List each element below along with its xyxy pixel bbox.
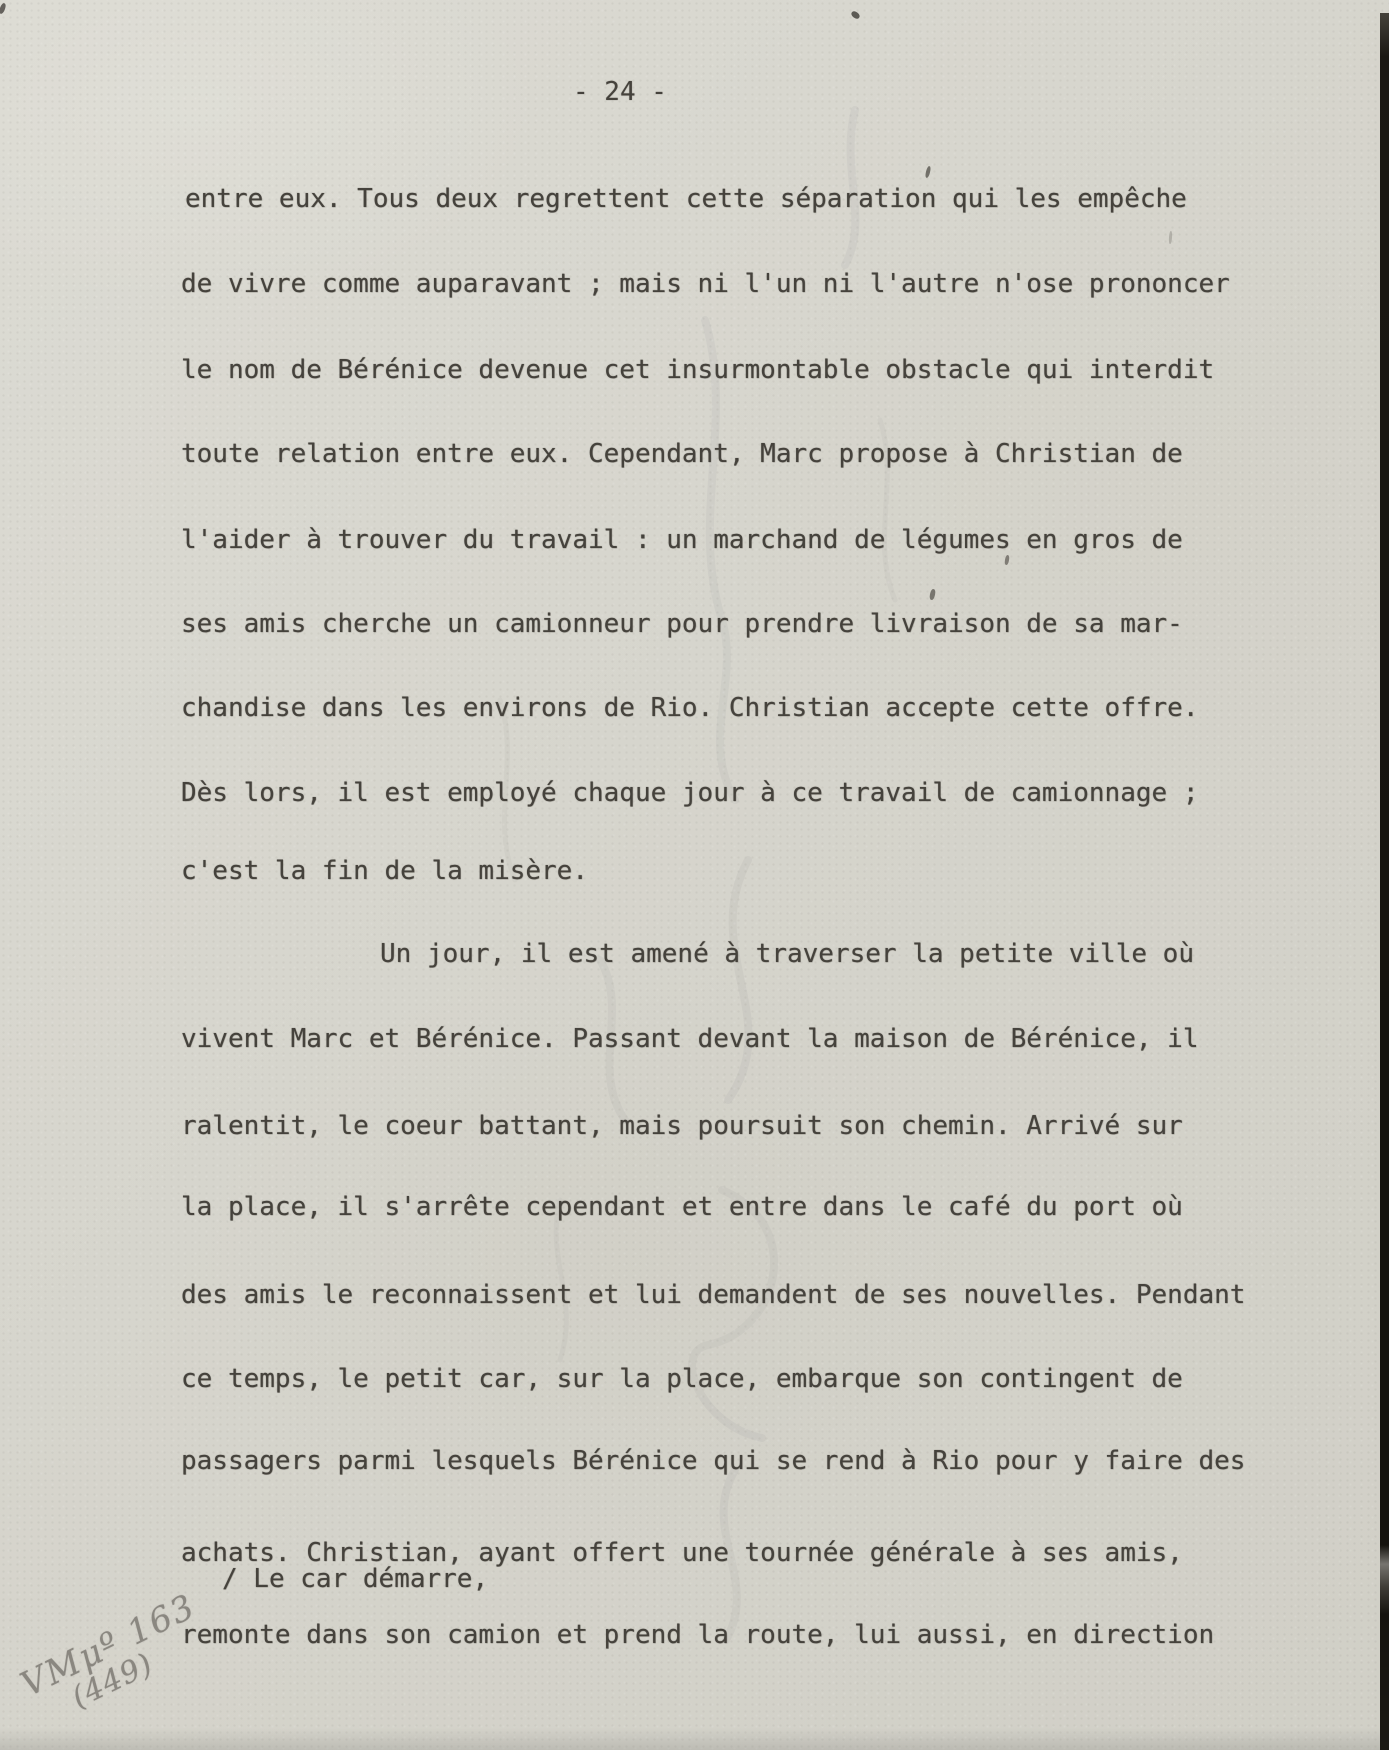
typewritten-line: vivent Marc et Bérénice. Passant devant … <box>181 1026 1198 1052</box>
typewritten-line: l'aider à trouver du travail : un marcha… <box>181 527 1183 553</box>
page-number: - 24 - <box>573 79 667 105</box>
typewritten-line: des amis le reconnaissent et lui demande… <box>181 1282 1245 1308</box>
ink-speck <box>929 589 936 601</box>
bottom-scan-shadow <box>0 1728 1389 1750</box>
typewritten-line: chandise dans les environs de Rio. Chris… <box>181 695 1198 721</box>
typewritten-line: / Le car démarre, <box>222 1566 488 1592</box>
typewritten-line: Dès lors, il est employé chaque jour à c… <box>181 780 1198 806</box>
typewritten-line: ses amis cherche un camionneur pour pren… <box>181 611 1183 637</box>
typewritten-line: de vivre comme auparavant ; mais ni l'un… <box>181 271 1230 297</box>
typewritten-line: passagers parmi lesquels Bérénice qui se… <box>181 1448 1245 1474</box>
typewritten-line: achats. Christian, ayant offert une tour… <box>181 1540 1183 1566</box>
typewritten-line: remonte dans son camion et prend la rout… <box>181 1622 1214 1648</box>
ink-speck <box>0 2 7 14</box>
ink-speck <box>850 10 861 20</box>
typewritten-line: ce temps, le petit car, sur la place, em… <box>181 1366 1183 1392</box>
typewritten-line: toute relation entre eux. Cependant, Mar… <box>181 441 1183 467</box>
scanned-page: - 24 - entre eux. Tous deux regrettent c… <box>0 0 1389 1750</box>
typewritten-line: le nom de Bérénice devenue cet insurmont… <box>181 357 1214 383</box>
ink-speck <box>925 166 932 179</box>
typewritten-line: c'est la fin de la misère. <box>181 858 588 884</box>
typewritten-line: la place, il s'arrête cependant et entre… <box>181 1194 1183 1220</box>
typewritten-line: entre eux. Tous deux regrettent cette sé… <box>185 186 1187 212</box>
typewritten-line: Un jour, il est amené à traverser la pet… <box>380 941 1194 967</box>
ink-speck <box>1169 231 1173 244</box>
right-scan-edge <box>1380 13 1389 1750</box>
handwritten-annotation: VMμº 163 (449) <box>16 1589 215 1731</box>
typewritten-line: ralentit, le coeur battant, mais poursui… <box>181 1113 1183 1139</box>
ink-speck <box>1004 555 1010 566</box>
